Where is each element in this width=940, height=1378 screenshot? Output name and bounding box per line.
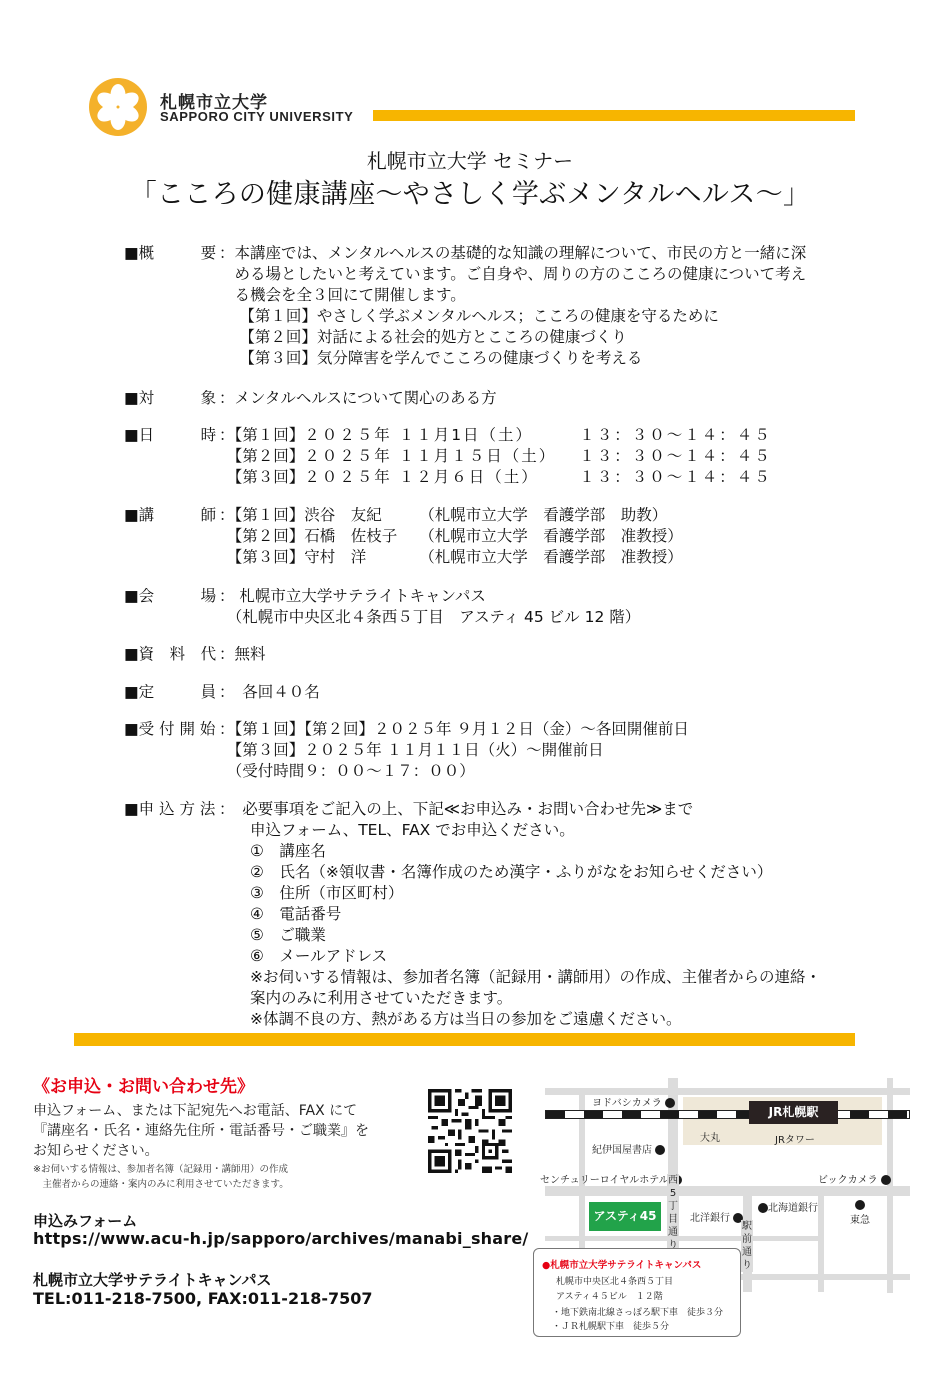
schedule-label: ■日 時 <box>124 425 216 446</box>
seminar-title: 「こころの健康講座〜やさしく学ぶメンタルヘルス〜」 <box>0 172 940 211</box>
contact-privacy-note: ※お伺いする情報は、参加者名簿（記録用・講師用）の作成 主催者からの連絡・案内の… <box>33 1162 289 1192</box>
map-address-box: ●札幌市立大学サテライトキャンパス 札幌市中央区北４条西５丁目 アスティ４５ビル… <box>533 1248 741 1337</box>
overview-label: ■概 要 <box>124 243 216 264</box>
overview-line: める場としたいと考えています。ご自身や、周りの方のこころの健康について考え <box>219 264 806 285</box>
required-item: ⑤ ご職業 <box>250 925 821 946</box>
registration-line: 【第３回】２０２５年 １１月１１日（火）〜開催前日 <box>219 740 689 761</box>
lecturer-row: 【第３回】守村 洋（札幌市立大学 看護学部 准教授） <box>219 547 683 568</box>
access-map: JR札幌駅 大丸 JRタワー ヨドバシカメラ 紀伊国屋書店 センチュリーロイヤル… <box>530 1070 930 1340</box>
map-road <box>545 1236 820 1241</box>
campus-name: 札幌市立大学サテライトキャンパス <box>33 1269 272 1290</box>
overview-line: ：本講座では、メンタルヘルスの基礎的な知識の理解について、市民の方と一緒に深 <box>219 243 806 264</box>
target-value: ：メンタルヘルスについて関心のある方 <box>219 388 497 409</box>
application-note: ※体調不良の方、熱がある方は当日の参加をご遠慮ください。 <box>250 1009 821 1030</box>
capacity-value: ： 各回４０名 <box>219 682 320 703</box>
lecturer-row: 【第２回】石橋 佐枝子（札幌市立大学 看護学部 准教授） <box>219 526 683 547</box>
schedule-row: 【第３回】２０２５年 １２月６日（土）１３：３０〜１４：４５ <box>219 467 772 488</box>
application-form-label: 申込みフォーム <box>33 1210 137 1231</box>
logo-text-en: SAPPORO CITY UNIVERSITY <box>160 109 353 124</box>
map-landmark-tokyu: 東急 <box>848 1200 872 1226</box>
required-item: ③ 住所（市区町村） <box>250 883 821 904</box>
lecturer-row: ：【第１回】渋谷 友紀（札幌市立大学 看護学部 助教） <box>219 505 683 526</box>
map-access-jr: ・ＪＲ札幌駅下車 徒歩５分 <box>552 1319 669 1332</box>
landmark-dot-icon <box>881 1175 891 1185</box>
registration-hours: （受付時間９：００〜１７：００） <box>219 761 689 782</box>
required-item: ① 講座名 <box>250 841 821 862</box>
lecturers-label: ■講 師 <box>124 505 216 526</box>
fee-label: ■資 料 代 <box>124 644 216 665</box>
map-address-line: アスティ４５ビル １２階 <box>556 1289 663 1302</box>
map-label-daimaru: 大丸 <box>700 1129 720 1144</box>
map-landmark-century-royal: センチュリーロイヤルホテル <box>540 1171 682 1186</box>
required-item: ⑥ メールアドレス <box>250 946 821 967</box>
landmark-dot-icon <box>855 1200 865 1210</box>
application-label: ■申 込 方 法 <box>124 799 215 820</box>
landmark-dot-icon <box>665 1098 675 1108</box>
map-address-title: ●札幌市立大学サテライトキャンパス <box>542 1257 701 1271</box>
venue-address: （札幌市中央区北４条西５丁目 アスティ 45 ビル 12 階） <box>219 607 640 628</box>
map-landmark-yodobashi: ヨドバシカメラ <box>592 1094 675 1109</box>
landmark-dot-icon <box>758 1203 768 1213</box>
map-landmark-hokkaido-bank: 北海道銀行 <box>758 1199 818 1214</box>
required-item: ② 氏名（※領収書・名簿作成のため漢字・ふりがなをお知らせください） <box>250 862 821 883</box>
schedule-row: 【第２回】２０２５年 １１月１５日（土）１３：３０〜１４：４５ <box>219 446 772 467</box>
application-line: ： 必要事項をご記入の上、下記≪お申込み・お問い合わせ先≫まで <box>219 799 693 820</box>
application-line: 申込フォーム、TEL、FAX でお申込ください。 <box>219 820 693 841</box>
map-landmark-kinokuniya: 紀伊国屋書店 <box>592 1141 665 1156</box>
overview-session: 【第１回】やさしく学ぶメンタルヘルス；こころの健康を守るために <box>219 306 806 327</box>
map-label-jr-tower: JRタワー <box>775 1131 815 1146</box>
railway-track <box>545 1110 910 1119</box>
application-note: ※お伺いする情報は、参加者名簿（記録用・講師用）の作成、主催者からの連絡・ <box>250 967 821 988</box>
target-label: ■対 象 <box>124 388 216 409</box>
jr-sapporo-station: JR札幌駅 <box>749 1101 838 1124</box>
seminar-subtitle: 札幌市立大学 セミナー <box>0 145 940 174</box>
map-street-label-ekimae: 駅前通り <box>741 1220 753 1272</box>
application-note: 案内のみに利用させていただきます。 <box>250 988 821 1009</box>
overview-session: 【第３回】気分障害を学んでこころの健康づくりを考える <box>219 348 806 369</box>
footer-accent-bar <box>74 1033 855 1046</box>
registration-line: ：【第１回】【第２回】２０２５年 ９月１２日（金）〜各回開催前日 <box>219 719 689 740</box>
overview-line: る機会を全３回にて開催します。 <box>219 285 806 306</box>
map-landmark-bic-camera: ビックカメラ <box>818 1171 891 1186</box>
map-landmark-hokuyo-bank: 北洋銀行 <box>690 1209 743 1224</box>
university-logo-icon <box>89 78 147 136</box>
header-accent-bar <box>373 110 855 121</box>
fee-value: ：無料 <box>219 644 266 665</box>
overview-session: 【第２回】対話による社会的処方とこころの健康づくり <box>219 327 806 348</box>
map-access-subway: ・地下鉄南北線さっぽろ駅下車 徒歩３分 <box>552 1305 723 1318</box>
map-road <box>740 1274 910 1280</box>
map-street-label-nishi5: 西5丁目通り <box>667 1174 679 1252</box>
campus-tel-fax: TEL:011-218-7500, FAX:011-218-7507 <box>33 1289 373 1308</box>
capacity-label: ■定 員 <box>124 682 216 703</box>
map-asty45-building: アスティ45 <box>589 1202 661 1231</box>
schedule-row: ：【第１回】２０２５年 １１月1日（土）１３：３０〜１４：４５ <box>219 425 772 446</box>
contact-instructions: 申込フォーム、または下記宛先へお電話、FAX にて 『講座名・氏名・連絡先住所・… <box>33 1101 369 1161</box>
required-item: ④ 電話番号 <box>250 904 821 925</box>
map-address-line: 札幌市中央区北４条西５丁目 <box>556 1274 673 1287</box>
map-road <box>545 1186 910 1196</box>
contact-heading: 《お申込・お問い合わせ先》 <box>33 1072 254 1097</box>
registration-label: ■受 付 開 始 <box>124 719 215 740</box>
landmark-dot-icon <box>655 1145 665 1155</box>
application-form-link[interactable]: https://www.acu-h.jp/sapporo/archives/ma… <box>33 1229 528 1248</box>
qr-code-icon[interactable] <box>428 1089 512 1173</box>
venue-name: ： 札幌市立大学サテライトキャンパス <box>219 586 640 607</box>
venue-label: ■会 場 <box>124 586 216 607</box>
